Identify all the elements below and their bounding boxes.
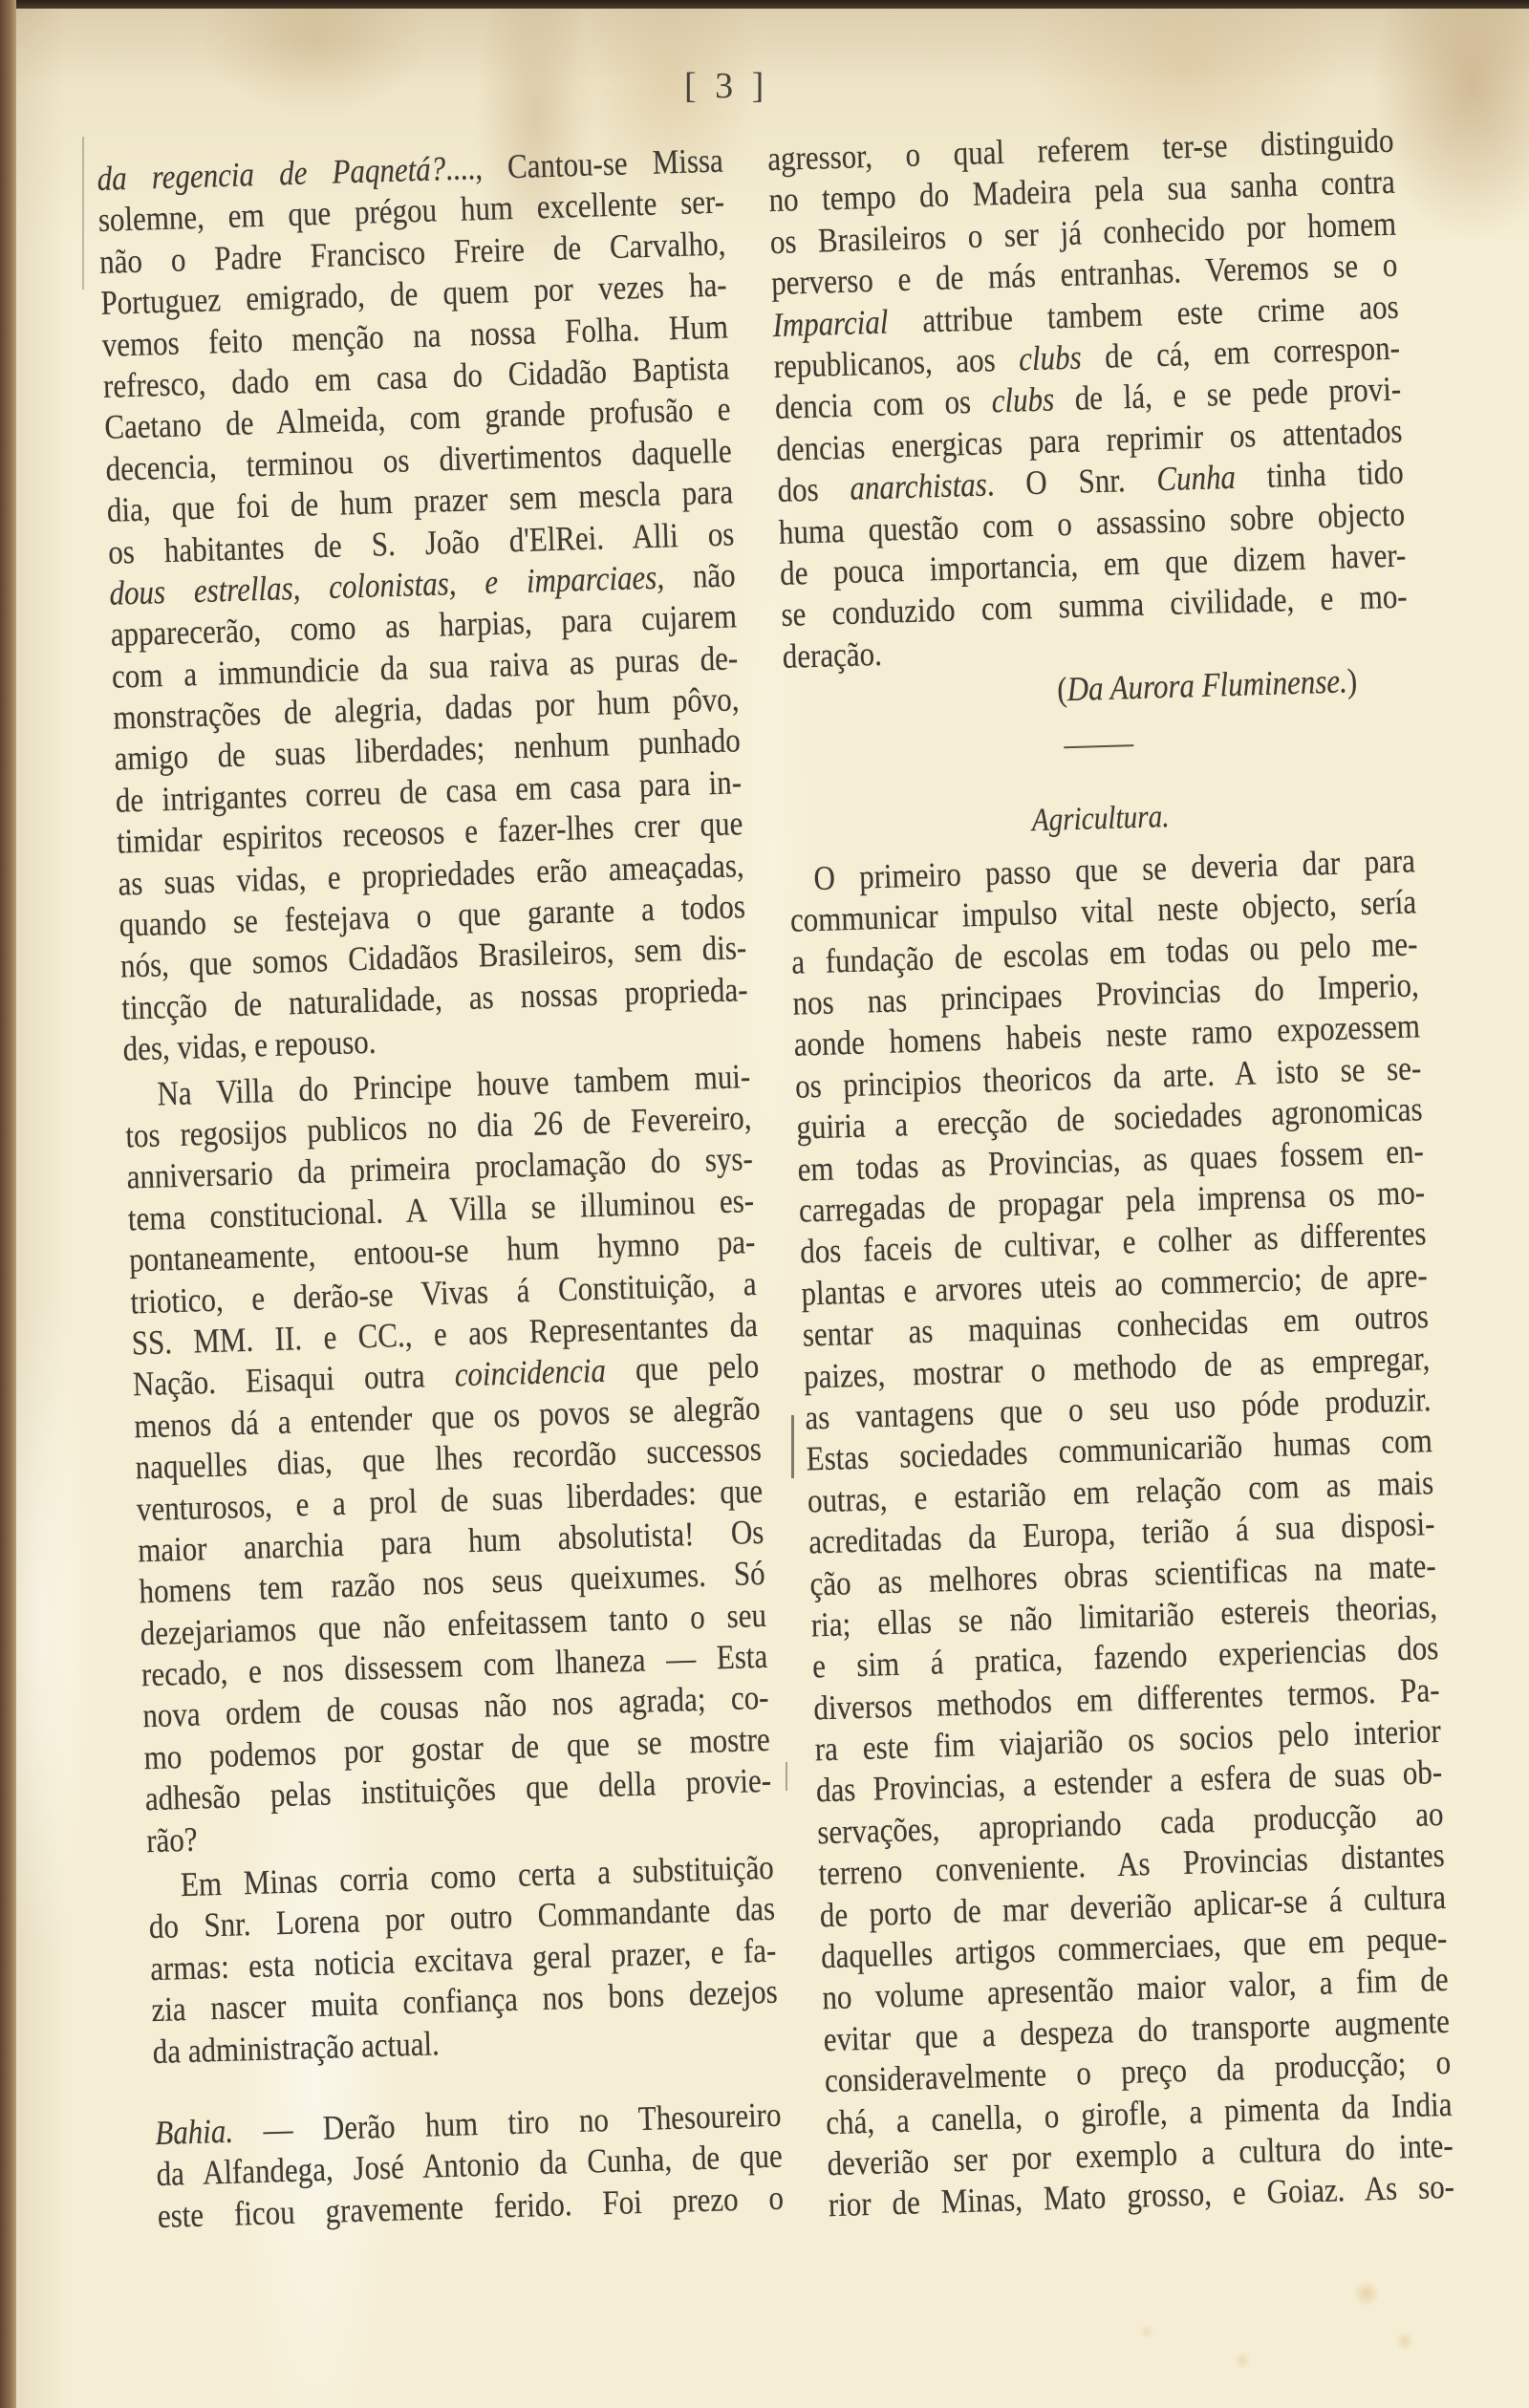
page-text-frame: da regencia de Paqnetá?...., Cantou-se M…	[97, 118, 1497, 2317]
italic-text: anarchistas	[850, 465, 987, 507]
paragraph-continuation: agressor, o qual referem ter-se distingu…	[767, 120, 1410, 677]
text-segment: de lá, e se pede provi-	[1053, 370, 1401, 419]
scan-edge-left	[0, 0, 16, 2408]
text-segment: de cá, em correspon-	[1081, 329, 1400, 376]
left-column: da regencia de Paqnetá?...., Cantou-se M…	[97, 140, 785, 2238]
paragraph-minas: Em Minas corria como certa a substituiçã…	[147, 1847, 779, 2073]
text-segment: não	[663, 555, 736, 595]
source-name: Da Aurora Fluminense.	[1066, 662, 1347, 709]
text-segment: tinha tido	[1235, 453, 1404, 496]
scan-edge-top	[0, 0, 1529, 9]
text-segment: ...., Cantou-se Missa	[445, 141, 724, 188]
paragraph-agricultura: O primeiro passo que se deveria dar para…	[788, 840, 1455, 2226]
italic-text: clubs	[991, 380, 1055, 420]
italic-text: Bahia.	[155, 2112, 234, 2152]
italic-text: coincidencia	[454, 1351, 606, 1394]
paragraph-regencia: da regencia de Paqnetá?...., Cantou-se M…	[97, 140, 749, 1071]
paren-close: )	[1346, 661, 1358, 699]
text-segment: dos	[777, 469, 851, 509]
text-segment: dencia com os	[774, 382, 992, 427]
paragraph-bahia: Bahia. — Derão hum tiro no Thesoureiro d…	[155, 2095, 785, 2238]
italic-text: Imparcial	[772, 302, 889, 344]
text-segment: que pelo	[605, 1346, 759, 1389]
page-number: [ 3 ]	[684, 67, 768, 105]
right-column: agressor, o qual referem ter-se distingu…	[767, 120, 1455, 2226]
section-heading: Agricultura.	[786, 789, 1413, 849]
paragraph-villa-do-principe: Na Villa do Principe houve tambem mui- t…	[123, 1056, 772, 1861]
section-divider	[1064, 745, 1133, 749]
italic-text: Cunha	[1156, 458, 1237, 498]
text-segment: Nação. Eisaqui outra	[132, 1356, 455, 1404]
fold-mark	[82, 137, 84, 290]
text-segment: republicanos, aos	[773, 339, 1020, 385]
text-segment: . O Snr.	[986, 460, 1157, 503]
italic-text: clubs	[1019, 337, 1083, 377]
